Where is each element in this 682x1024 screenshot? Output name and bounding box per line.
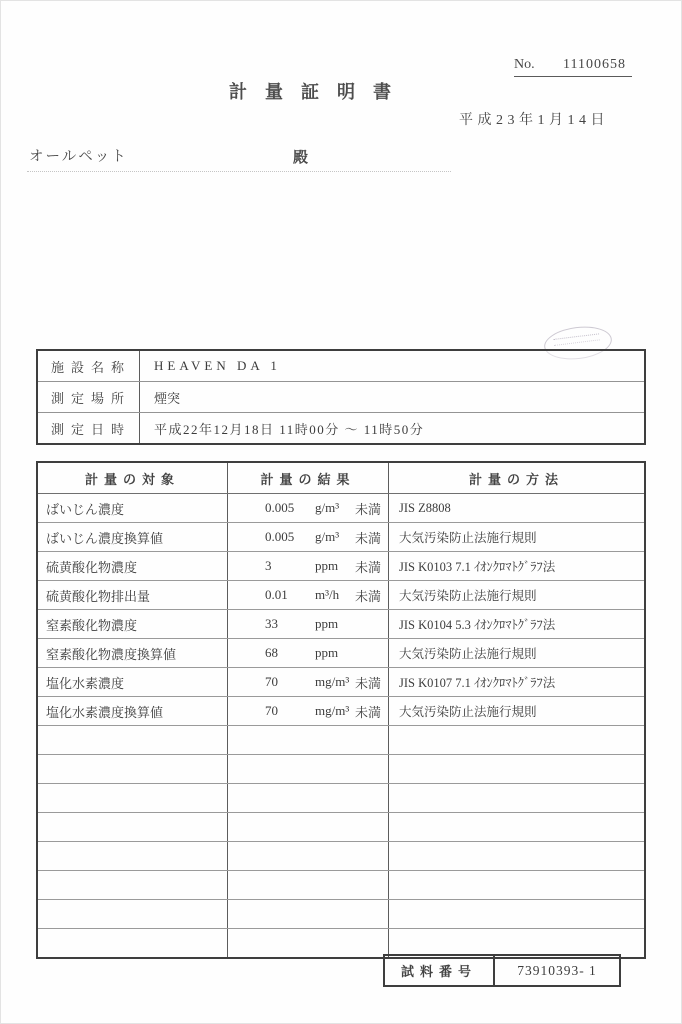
measurement-unit: g/m³ [315,500,355,516]
measurement-method: 大気汚染防止法施行規則 [389,697,644,725]
empty-row [38,870,644,899]
empty-row [38,899,644,928]
table-row: 測定日時 平成22年12月18日 11時00分 ～ 11時50分 [38,412,644,443]
addressee-line: オールペット 殿 [27,143,451,172]
sample-number-box: 試料番号 73910393- 1 [383,954,621,987]
measurement-target: ばいじん濃度換算値 [38,523,228,551]
facility-info-table: 施設名称 HEAVEN DA 1 測定場所 煙突 測定日時 平成22年12月18… [36,349,646,445]
measurement-method: 大気汚染防止法施行規則 [389,523,644,551]
empty-row [38,928,644,957]
measurement-qualifier: 未満 [355,702,381,721]
measurement-target: 塩化水素濃度換算値 [38,697,228,725]
measurement-value: 3 [265,558,315,574]
certificate-page: No. 11100658 計量証明書 平成23年1月14日 オールペット 殿 施… [0,0,682,1024]
measurement-method: JIS K0104 5.3 ｲｵﾝｸﾛﾏﾄｸﾞﾗﾌ法 [389,610,644,638]
table-row: 硫黄酸化物濃度 3 ppm 未満 JIS K0103 7.1 ｲｵﾝｸﾛﾏﾄｸﾞ… [38,551,644,580]
measurement-unit: g/m³ [315,529,355,545]
sample-number-label: 試料番号 [385,956,495,985]
measurement-unit: ppm [315,558,355,574]
table-row: 塩化水素濃度 70 mg/m³ 未満 JIS K0107 7.1 ｲｵﾝｸﾛﾏﾄ… [38,667,644,696]
measurement-method: JIS Z8808 [389,494,644,522]
table-header-row: 計量の対象 計量の結果 計量の方法 [38,463,644,493]
page-title: 計量証明書 [229,78,409,104]
measurement-table: 計量の対象 計量の結果 計量の方法 ばいじん濃度 0.005 g/m³ 未満 J… [36,461,646,959]
measurement-target: 窒素酸化物濃度換算値 [38,639,228,667]
empty-row [38,725,644,754]
measurement-unit: mg/m³ [315,674,355,690]
facility-name-label: 施設名称 [38,351,140,381]
measurement-method: JIS K0107 7.1 ｲｵﾝｸﾛﾏﾄｸﾞﾗﾌ法 [389,668,644,696]
measurement-target: 塩化水素濃度 [38,668,228,696]
measurement-method: 大気汚染防止法施行規則 [389,639,644,667]
measurement-qualifier: 未満 [355,673,381,692]
empty-row [38,754,644,783]
header-target: 計量の対象 [38,463,228,493]
measurement-value: 0.005 [265,500,315,516]
measurement-datetime-label: 測定日時 [38,413,140,443]
header-method: 計量の方法 [389,463,644,493]
measurement-value: 68 [265,645,315,661]
measurement-target: ばいじん濃度 [38,494,228,522]
document-number-label: No. [514,57,535,73]
table-row: ばいじん濃度 0.005 g/m³ 未満 JIS Z8808 [38,493,644,522]
measurement-method: JIS K0103 7.1 ｲｵﾝｸﾛﾏﾄｸﾞﾗﾌ法 [389,552,644,580]
empty-row [38,783,644,812]
measurement-qualifier: 未満 [355,499,381,518]
measurement-target: 硫黄酸化物排出量 [38,581,228,609]
measurement-place-label: 測定場所 [38,382,140,412]
issue-date: 平成23年1月14日 [459,109,609,129]
document-number: No. 11100658 [514,57,632,77]
facility-name-value: HEAVEN DA 1 [140,351,644,381]
table-row: 窒素酸化物濃度 33 ppm JIS K0104 5.3 ｲｵﾝｸﾛﾏﾄｸﾞﾗﾌ… [38,609,644,638]
measurement-value: 70 [265,674,315,690]
header-result: 計量の結果 [228,463,389,493]
measurement-value: 70 [265,703,315,719]
empty-row [38,812,644,841]
measurement-method: 大気汚染防止法施行規則 [389,581,644,609]
empty-row [38,841,644,870]
measurement-unit: ppm [315,616,381,632]
sample-number-value: 73910393- 1 [495,956,619,985]
table-row: ばいじん濃度換算値 0.005 g/m³ 未満 大気汚染防止法施行規則 [38,522,644,551]
measurement-datetime-value: 平成22年12月18日 11時00分 ～ 11時50分 [140,413,644,443]
measurement-target: 硫黄酸化物濃度 [38,552,228,580]
measurement-qualifier: 未満 [355,557,381,576]
measurement-value: 0.005 [265,529,315,545]
table-row: 施設名称 HEAVEN DA 1 [38,351,644,381]
document-number-value: 11100658 [563,57,632,73]
table-row: 窒素酸化物濃度換算値 68 ppm 大気汚染防止法施行規則 [38,638,644,667]
measurement-value: 33 [265,616,315,632]
table-row: 塩化水素濃度換算値 70 mg/m³ 未満 大気汚染防止法施行規則 [38,696,644,725]
measurement-unit: mg/m³ [315,703,355,719]
measurement-place-value: 煙突 [140,382,644,412]
table-row: 測定場所 煙突 [38,381,644,412]
measurement-value: 0.01 [265,587,315,603]
measurement-unit: m³/h [315,587,355,603]
measurement-qualifier: 未満 [355,528,381,547]
measurement-qualifier: 未満 [355,586,381,605]
addressee-name: オールペット [29,145,128,166]
table-row: 硫黄酸化物排出量 0.01 m³/h 未満 大気汚染防止法施行規則 [38,580,644,609]
addressee-honorific: 殿 [293,146,308,167]
measurement-unit: ppm [315,645,381,661]
measurement-target: 窒素酸化物濃度 [38,610,228,638]
